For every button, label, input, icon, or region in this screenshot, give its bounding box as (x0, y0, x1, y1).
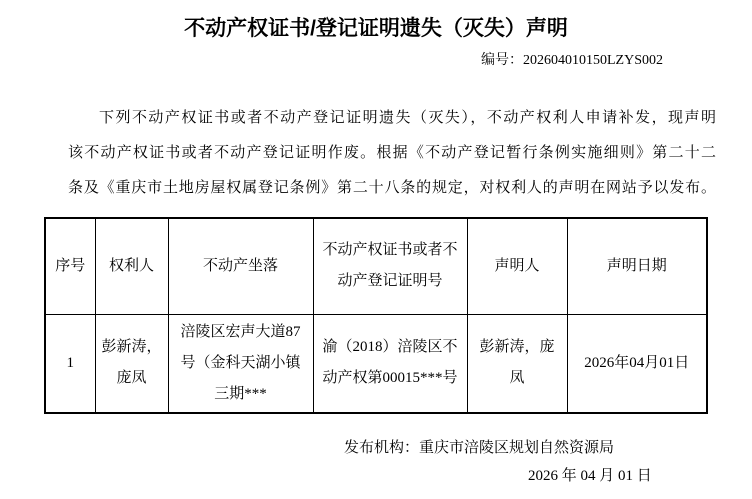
cell-certificate-no: 渝（2018）涪陵区不动产权第00015***号 (313, 314, 467, 413)
footer-date: 2026 年 04 月 01 日 (528, 466, 752, 486)
doc-number-value: 202604010150LZYS002 (523, 53, 663, 68)
intro-line-3: 条及《重庆市土地房屋权属登记条例》第二十八条的规定，对权利人的声明在网站予以发布… (68, 171, 716, 206)
table-row: 1 彭新涛，庞凤 涪陵区宏声大道87号（金科天湖小镇三期*** 渝（2018）涪… (45, 314, 707, 413)
doc-number-label: 编号： (481, 53, 523, 68)
declaration-table: 序号 权利人 不动产坐落 不动产权证书或者不动产登记证明号 声明人 声明日期 1… (44, 217, 708, 414)
cell-location: 涪陵区宏声大道87号（金科天湖小镇三期*** (168, 314, 313, 413)
cell-date: 2026年04月01日 (567, 314, 707, 413)
col-header-date: 声明日期 (567, 218, 707, 314)
page-title: 不动产权证书/登记证明遗失（灭失）声明 (0, 0, 752, 42)
col-header-location: 不动产坐落 (168, 218, 313, 314)
table-header-row: 序号 权利人 不动产坐落 不动产权证书或者不动产登记证明号 声明人 声明日期 (45, 218, 707, 314)
doc-number: 编号：202604010150LZYS002 (0, 51, 752, 71)
document-page: 不动产权证书/登记证明遗失（灭失）声明 编号：202604010150LZYS0… (0, 0, 752, 499)
intro-paragraph: 下列不动产权证书或者不动产登记证明遗失（灭失），不动产权利人申请补发，现声明 该… (68, 101, 716, 206)
col-header-declarant: 声明人 (467, 218, 567, 314)
col-header-right-holder: 权利人 (95, 218, 168, 314)
cell-right-holder: 彭新涛，庞凤 (95, 314, 168, 413)
col-header-seq: 序号 (45, 218, 95, 314)
intro-line-1: 下列不动产权证书或者不动产登记证明遗失（灭失），不动产权利人申请补发，现声明 (68, 101, 716, 136)
col-header-certificate-no: 不动产权证书或者不动产登记证明号 (313, 218, 467, 314)
intro-line-2: 该不动产权证书或者不动产登记证明作废。根据《不动产登记暂行条例实施细则》第二十二 (68, 136, 716, 171)
cell-seq: 1 (45, 314, 95, 413)
cell-declarant: 彭新涛，庞凤 (467, 314, 567, 413)
issuer-line: 发布机构：重庆市涪陵区规划自然资源局 (344, 438, 752, 458)
